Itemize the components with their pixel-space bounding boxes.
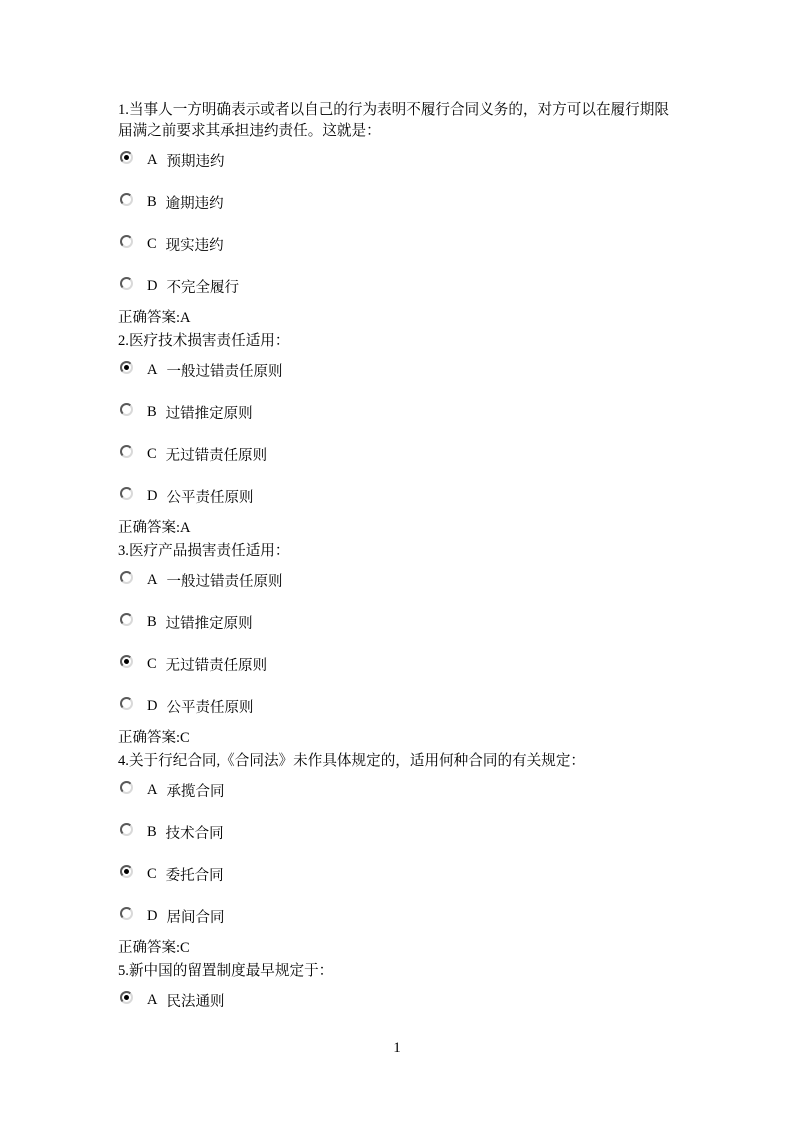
quiz-content: 1.当事人一方明确表示或者以自己的行为表明不履行合同义务的，对方可以在履行期限届… bbox=[118, 100, 678, 1008]
radio-button[interactable] bbox=[120, 655, 133, 668]
option-row: D 公平责任原则 bbox=[120, 698, 678, 714]
option-letter: A bbox=[147, 152, 157, 169]
page-number: 1 bbox=[0, 1040, 794, 1057]
option-label: 现实违约 bbox=[166, 234, 224, 255]
radio-button[interactable] bbox=[120, 487, 133, 500]
question-text: 1.当事人一方明确表示或者以自己的行为表明不履行合同义务的，对方可以在履行期限届… bbox=[118, 100, 678, 142]
option-row: B 过错推定原则 bbox=[120, 404, 678, 420]
option-letter: C bbox=[147, 236, 157, 253]
option-letter: A bbox=[147, 992, 157, 1009]
radio-button[interactable] bbox=[120, 823, 133, 836]
question-text: 3.医疗产品损害责任适用： bbox=[118, 541, 678, 562]
question-block-3: 3.医疗产品损害责任适用： A 一般过错责任原则 B 过错推定原则 C 无过错责… bbox=[118, 541, 678, 749]
radio-button[interactable] bbox=[120, 991, 133, 1004]
radio-button[interactable] bbox=[120, 445, 133, 458]
correct-answer: 正确答案:A bbox=[118, 308, 678, 329]
option-row: B 过错推定原则 bbox=[120, 614, 678, 630]
question-text: 2.医疗技术损害责任适用： bbox=[118, 331, 678, 352]
radio-button[interactable] bbox=[120, 151, 133, 164]
option-row: A 承揽合同 bbox=[120, 782, 678, 798]
option-label: 过错推定原则 bbox=[166, 612, 253, 633]
option-letter: A bbox=[147, 572, 157, 589]
radio-button[interactable] bbox=[120, 571, 133, 584]
option-letter: D bbox=[147, 908, 157, 925]
option-label: 无过错责任原则 bbox=[166, 654, 268, 675]
question-block-1: 1.当事人一方明确表示或者以自己的行为表明不履行合同义务的，对方可以在履行期限届… bbox=[118, 100, 678, 329]
radio-button[interactable] bbox=[120, 235, 133, 248]
option-row: D 公平责任原则 bbox=[120, 488, 678, 504]
option-label: 一般过错责任原则 bbox=[166, 360, 282, 381]
question-block-4: 4.关于行纪合同,《合同法》未作具体规定的，适用何种合同的有关规定： A 承揽合… bbox=[118, 751, 678, 959]
question-text: 4.关于行纪合同,《合同法》未作具体规定的，适用何种合同的有关规定： bbox=[118, 751, 678, 772]
question-text: 5.新中国的留置制度最早规定于： bbox=[118, 961, 678, 982]
option-letter: D bbox=[147, 278, 157, 295]
radio-button[interactable] bbox=[120, 193, 133, 206]
option-letter: C bbox=[147, 866, 157, 883]
option-row: D 居间合同 bbox=[120, 908, 678, 924]
correct-answer: 正确答案:C bbox=[118, 938, 678, 959]
option-label: 预期违约 bbox=[166, 150, 224, 171]
radio-button[interactable] bbox=[120, 865, 133, 878]
option-label: 一般过错责任原则 bbox=[166, 570, 282, 591]
question-block-5: 5.新中国的留置制度最早规定于： A 民法通则 bbox=[118, 961, 678, 1008]
option-letter: B bbox=[147, 614, 157, 631]
radio-button[interactable] bbox=[120, 907, 133, 920]
option-label: 委托合同 bbox=[166, 864, 224, 885]
radio-button[interactable] bbox=[120, 781, 133, 794]
option-letter: B bbox=[147, 404, 157, 421]
option-row: A 预期违约 bbox=[120, 152, 678, 168]
option-label: 公平责任原则 bbox=[166, 486, 253, 507]
correct-answer: 正确答案:A bbox=[118, 518, 678, 539]
option-label: 过错推定原则 bbox=[166, 402, 253, 423]
option-row: A 一般过错责任原则 bbox=[120, 572, 678, 588]
correct-answer: 正确答案:C bbox=[118, 728, 678, 749]
option-label: 不完全履行 bbox=[166, 276, 239, 297]
option-row: A 民法通则 bbox=[120, 992, 678, 1008]
option-letter: B bbox=[147, 194, 157, 211]
option-letter: A bbox=[147, 782, 157, 799]
radio-button[interactable] bbox=[120, 613, 133, 626]
option-row: C 委托合同 bbox=[120, 866, 678, 882]
option-row: D 不完全履行 bbox=[120, 278, 678, 294]
option-label: 逾期违约 bbox=[166, 192, 224, 213]
option-row: A 一般过错责任原则 bbox=[120, 362, 678, 378]
option-letter: D bbox=[147, 698, 157, 715]
option-row: C 无过错责任原则 bbox=[120, 446, 678, 462]
option-label: 公平责任原则 bbox=[166, 696, 253, 717]
option-row: C 现实违约 bbox=[120, 236, 678, 252]
radio-button[interactable] bbox=[120, 403, 133, 416]
option-label: 居间合同 bbox=[166, 906, 224, 927]
option-letter: B bbox=[147, 824, 157, 841]
question-block-2: 2.医疗技术损害责任适用： A 一般过错责任原则 B 过错推定原则 C 无过错责… bbox=[118, 331, 678, 539]
option-letter: C bbox=[147, 656, 157, 673]
radio-button[interactable] bbox=[120, 697, 133, 710]
option-label: 无过错责任原则 bbox=[166, 444, 268, 465]
radio-button[interactable] bbox=[120, 361, 133, 374]
option-row: B 技术合同 bbox=[120, 824, 678, 840]
document-page: 1.当事人一方明确表示或者以自己的行为表明不履行合同义务的，对方可以在履行期限届… bbox=[0, 0, 794, 1123]
option-label: 技术合同 bbox=[166, 822, 224, 843]
option-label: 民法通则 bbox=[166, 990, 224, 1011]
option-label: 承揽合同 bbox=[166, 780, 224, 801]
option-letter: C bbox=[147, 446, 157, 463]
option-row: C 无过错责任原则 bbox=[120, 656, 678, 672]
option-letter: D bbox=[147, 488, 157, 505]
option-row: B 逾期违约 bbox=[120, 194, 678, 210]
radio-button[interactable] bbox=[120, 277, 133, 290]
option-letter: A bbox=[147, 362, 157, 379]
